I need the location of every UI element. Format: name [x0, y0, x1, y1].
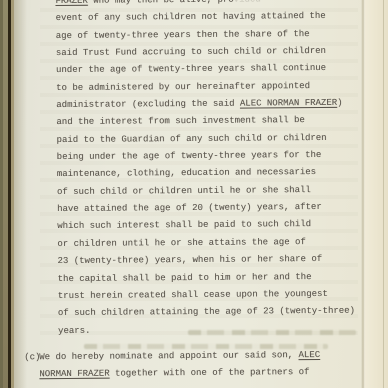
- paragraph: FRAZER who may then be alive, providedev…: [21, 0, 371, 340]
- document-line: administrator (excluding the said ALEC N…: [56, 95, 369, 115]
- document-line: under the age of twenty-three years shal…: [56, 60, 369, 80]
- document-line: years.: [58, 320, 371, 340]
- document-photo: FRAZER who may then be alive, providedev…: [0, 0, 388, 388]
- paragraph-marker: (c): [24, 349, 40, 366]
- faded-text: vided: [234, 0, 261, 5]
- document-text: FRAZER who may then be alive, providedev…: [21, 0, 371, 388]
- document-line: NORMAN FRAZER together with one of the p…: [39, 364, 371, 384]
- underlined-name: ALEC: [298, 350, 320, 360]
- document-line: paid to the Guardian of any such child o…: [56, 129, 369, 149]
- page-right-edge-line: [383, 0, 384, 388]
- underlined-name: ALEC NORMAN FRAZER: [240, 98, 337, 109]
- document-line: event of any such children not having at…: [56, 8, 369, 28]
- underlined-name: FRAZER: [55, 0, 87, 6]
- underlined-name: NORMAN FRAZER: [39, 369, 109, 380]
- document-line: of such children attaining the age of 23…: [58, 303, 371, 323]
- paragraph: (c)We do hereby nominate and appoint our…: [24, 347, 371, 384]
